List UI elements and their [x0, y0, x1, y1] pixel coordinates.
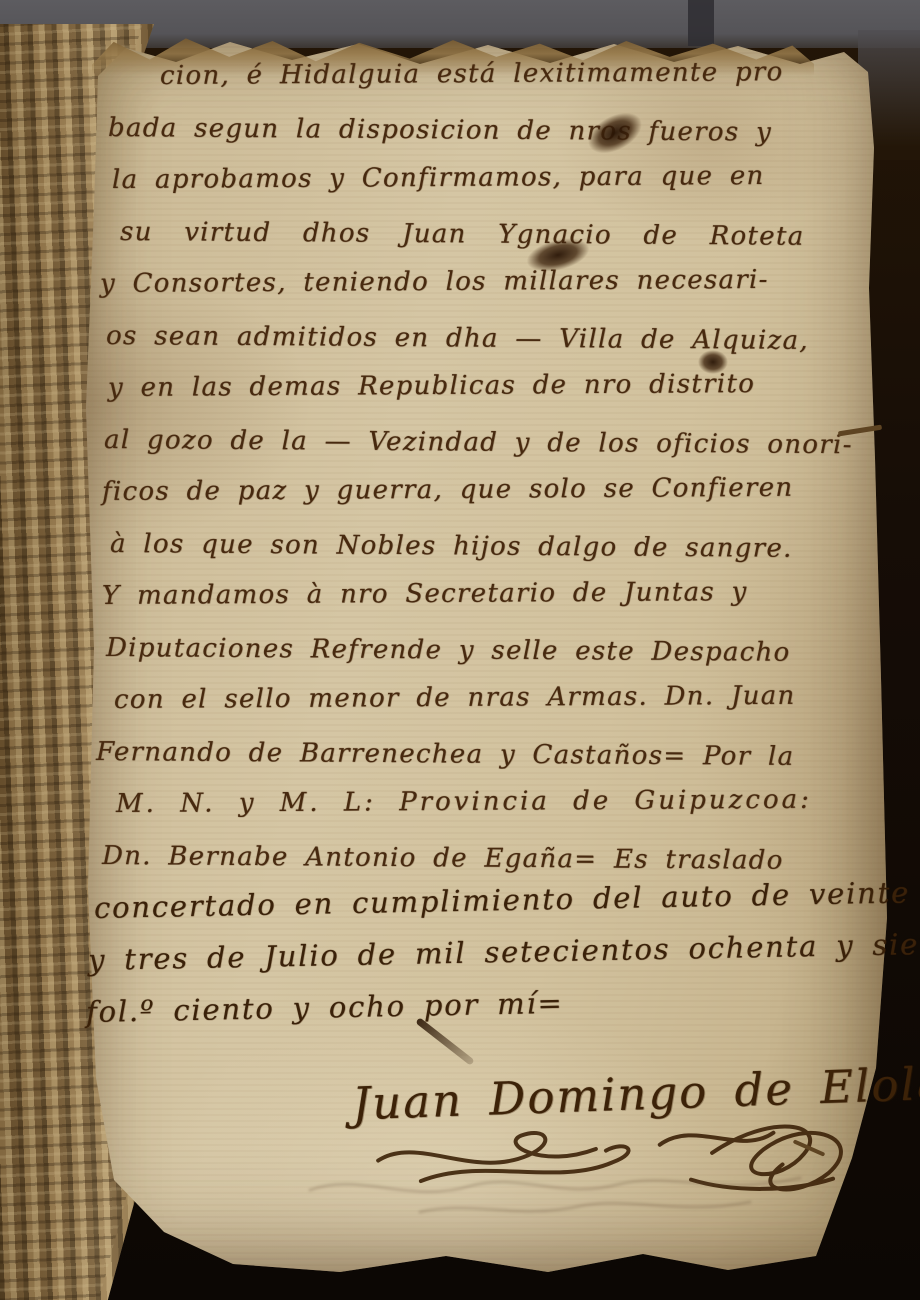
manuscript-line: Y mandamos à nro Secretario de Juntas y: [102, 565, 846, 622]
manuscript-line: M. N. y M. L: Provincia de Guipuzcoa:: [116, 774, 846, 830]
manuscript-line: cion, é Hidalguia está lexitimamente pro: [160, 46, 846, 102]
manuscript-line: y en las demas Republicas de nro distrit…: [108, 357, 846, 414]
tabletop-seam: [688, 0, 714, 46]
manuscript-line: y Consortes, teniendo los millares neces…: [100, 253, 846, 310]
bleed-through-marks: [300, 1160, 820, 1230]
ink-blot: [698, 350, 728, 374]
manuscript-photo: cion, é Hidalguia está lexitimamente pro…: [0, 0, 920, 1300]
manuscript-line: ficos de paz y guerra, que solo se Confi…: [102, 461, 846, 518]
manuscript-line: la aprobamos y Confirmamos, para que en: [112, 150, 846, 206]
manuscript-text-block: cion, é Hidalguia está lexitimamente pro…: [86, 50, 846, 1038]
manuscript-line: con el sello menor de nras Armas. Dn. Ju…: [114, 670, 846, 726]
